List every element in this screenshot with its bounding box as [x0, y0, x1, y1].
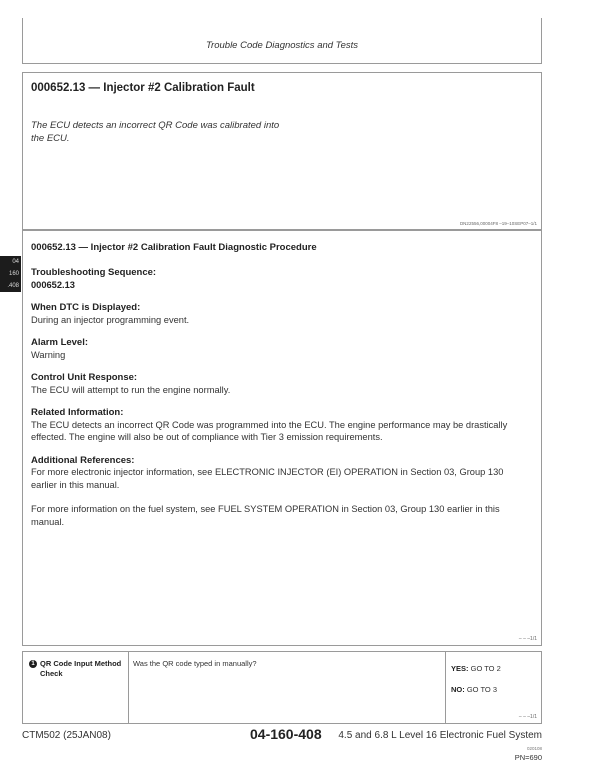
side-tab-group: 160 — [0, 268, 19, 280]
step-number-icon: 1 — [29, 660, 37, 668]
fault-summary-box: 000652.13 — Injector #2 Calibration Faul… — [22, 72, 542, 230]
step-question: Was the QR code typed in manually? — [133, 659, 257, 668]
procedure-end-marker: – – –1/1 — [519, 636, 537, 642]
section-label: Control Unit Response: — [31, 372, 531, 384]
section-related-information: Related Information: The ECU detects an … — [31, 407, 531, 444]
section-text: The ECU will attempt to run the engine n… — [31, 384, 531, 397]
section-text: Warning — [31, 349, 531, 362]
diagnostic-step-table: 1 QR Code Input Method Check Was the QR … — [22, 651, 542, 724]
step-answers-cell: YES: GO TO 2 NO: GO TO 3 – – –1/1 — [446, 652, 541, 723]
no-label: NO: — [451, 685, 465, 694]
fault-description: The ECU detects an incorrect QR Code was… — [31, 120, 291, 145]
procedure-title: 000652.13 — Injector #2 Calibration Faul… — [31, 242, 317, 253]
section-control-unit-response: Control Unit Response: The ECU will atte… — [31, 372, 531, 396]
section-text: The ECU detects an incorrect QR Code was… — [31, 419, 531, 444]
section-alarm-level: Alarm Level: Warning — [31, 337, 531, 361]
section-label: Related Information: — [31, 407, 531, 419]
answer-no[interactable]: NO: GO TO 3 — [451, 685, 497, 694]
reference-paragraph: For more electronic injector information… — [31, 466, 531, 491]
footer-system-title: 4.5 and 6.8 L Level 16 Electronic Fuel S… — [338, 730, 542, 741]
fault-reference-id: DN22556,00004F8 –19–10SEP07–1/1 — [460, 221, 537, 226]
diagnostic-procedure-box: 000652.13 — Injector #2 Calibration Faul… — [22, 230, 542, 646]
footer-page-number: 04-160-408 — [250, 726, 322, 742]
reference-paragraph: For more information on the fuel system,… — [31, 503, 531, 528]
section-when-displayed: When DTC is Displayed: During an injecto… — [31, 302, 531, 326]
side-tab-page: .408 — [0, 280, 19, 292]
no-action: GO TO 3 — [467, 685, 497, 694]
yes-action: GO TO 2 — [471, 664, 501, 673]
answer-yes[interactable]: YES: GO TO 2 — [451, 664, 501, 673]
step-end-marker: – – –1/1 — [519, 714, 537, 720]
step-question-cell: Was the QR code typed in manually? — [129, 652, 446, 723]
procedure-sections: Troubleshooting Sequence: 000652.13 When… — [31, 267, 531, 540]
section-troubleshooting-sequence: Troubleshooting Sequence: 000652.13 — [31, 267, 531, 291]
section-label: When DTC is Displayed: — [31, 302, 531, 314]
section-label: Troubleshooting Sequence: — [31, 267, 531, 279]
section-text: 000652.13 — [31, 279, 531, 292]
footer-manual-id: CTM502 (25JAN08) — [22, 730, 111, 741]
footer-code: 020108 — [527, 746, 542, 751]
step-label-cell: 1 QR Code Input Method Check — [23, 652, 129, 723]
section-label: Alarm Level: — [31, 337, 531, 349]
side-tab-section: 04 — [0, 256, 19, 268]
section-side-tab: 04 160 .408 — [0, 256, 21, 292]
footer-pn: PN=690 — [515, 753, 542, 762]
fault-title: 000652.13 — Injector #2 Calibration Faul… — [31, 82, 255, 94]
section-text: During an injector programming event. — [31, 314, 531, 327]
page-header: Trouble Code Diagnostics and Tests — [22, 18, 542, 64]
yes-label: YES: — [451, 664, 469, 673]
section-additional-references: Additional References: For more electron… — [31, 455, 531, 529]
header-title: Trouble Code Diagnostics and Tests — [23, 40, 541, 51]
section-label: Additional References: — [31, 455, 531, 467]
step-label: QR Code Input Method Check — [40, 659, 126, 679]
